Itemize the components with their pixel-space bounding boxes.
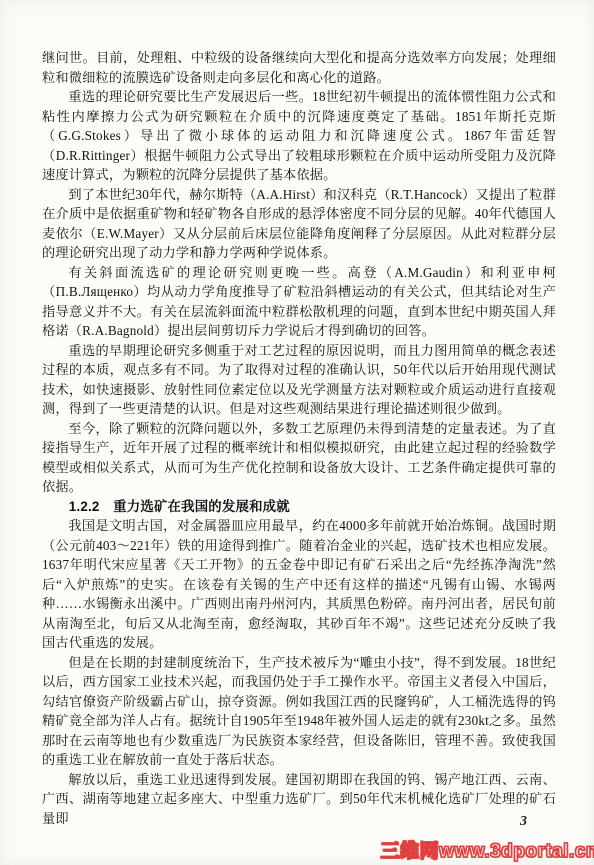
paragraph-early-theory-observation: 重选的早期理论研究多侧重于对工艺过程的原因说明，而且力图用简单的概念表述过程的本… xyxy=(42,341,556,419)
page-number: 3 xyxy=(520,814,527,830)
paragraph-theory-history: 重选的理论研究要比生产发展迟后一些。18世纪初牛顿提出的流体惯性阻力公式和粘性内… xyxy=(42,87,556,185)
paragraph-stratification-theories: 到了本世纪30年代，赫尔斯特（A.A.Hirst）和汉科克（R.T.Hancoc… xyxy=(42,185,556,263)
section-heading-1-2-2: 1.2.2 重力选矿在我国的发展和成就 xyxy=(42,497,556,517)
paragraph-ancient-china: 我国是文明古国，对金属器皿应用最早，约在4000多年前就开始冶炼铜。战国时期（公… xyxy=(42,516,556,653)
paragraph-equipment-trends-continuation: 继问世。目前，处理粗、中粒级的设备继续向大型化和提高分选效率方向发展；处理细粒和… xyxy=(42,48,556,87)
paragraph-post-liberation: 解放以后，重选工业迅速得到发展。建国初期即在我国的钨、锡产地江西、云南、广西、湖… xyxy=(42,770,556,829)
paragraph-quantitative-models: 至今，除了颗粒的沉降问题以外，多数工艺原理仍未得到清楚的定量表述。为了直接指导生… xyxy=(42,419,556,497)
paragraph-feudal-period: 但是在长期的封建制度统治下，生产技术被斥为“雕虫小技”，得不到发展。18世纪以后… xyxy=(42,653,556,770)
text-block: 继问世。目前，处理粗、中粒级的设备继续向大型化和提高分选效率方向发展；处理细粒和… xyxy=(42,48,556,828)
paragraph-flowing-film-theory: 有关斜面流选矿的理论研究则更晚一些。高登（A.M.Gaudin）和利亚申柯（П.… xyxy=(42,263,556,341)
watermark-3dportal: 三维网www.3dportal.cn xyxy=(381,836,594,863)
scanned-book-page: 继问世。目前，处理粗、中粒级的设备继续向大型化和提高分选效率方向发展；处理细粒和… xyxy=(0,0,594,865)
